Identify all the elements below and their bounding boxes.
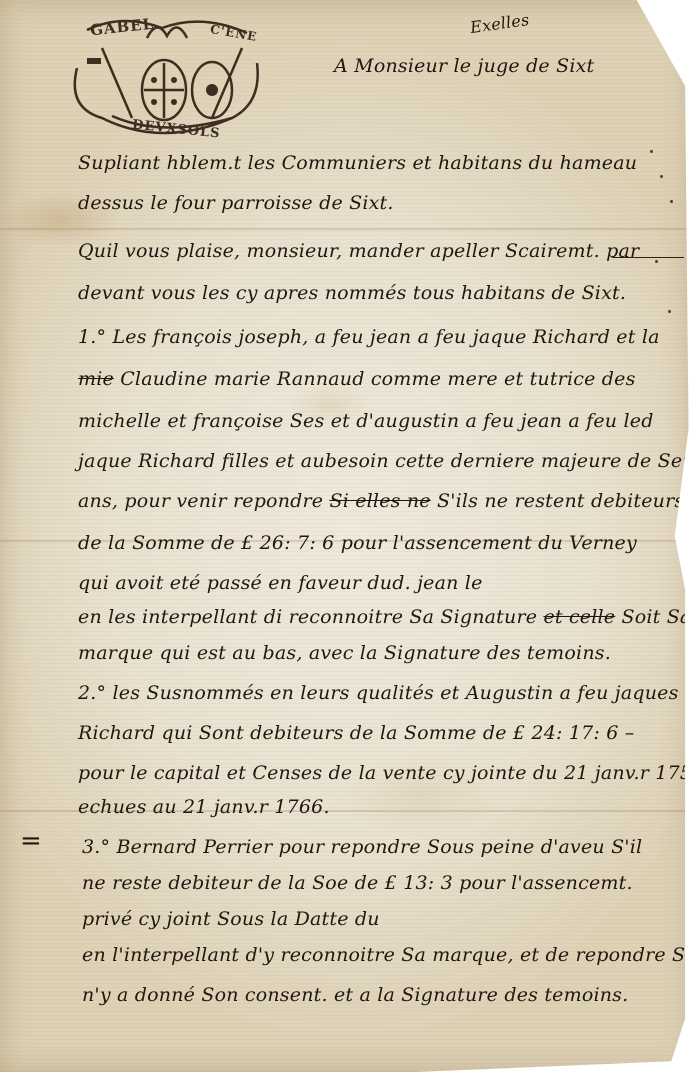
royal-crest-stamp-icon: GABEL C'ENE DEVXSOLS <box>62 8 272 146</box>
ink-spot <box>655 260 658 263</box>
text-line: en les interpellant di reconnoitre Sa Si… <box>78 606 691 628</box>
text-span: Claudine marie Rannaud comme mere et tut… <box>120 368 635 390</box>
text-line: qui avoit eté passé en faveur dud. jean … <box>78 572 483 594</box>
text-span: S'ils ne restent debiteurs <box>437 490 684 512</box>
text-line: ans, pour venir repondre Si elles ne S'i… <box>78 490 684 512</box>
text-line: dessus le four parroisse de Sixt. <box>78 192 394 214</box>
text-line: Supliant hblem.t les Communiers et habit… <box>78 152 637 174</box>
underline-rule <box>612 257 684 258</box>
text-line: Quil vous plaise, monsieur, mander apell… <box>78 240 639 262</box>
ink-spot <box>650 150 653 153</box>
text-span: en les interpellant di reconnoitre Sa Si… <box>78 606 537 628</box>
struck-text: mie <box>78 368 114 390</box>
text-line: jaque Richard filles et aubesoin cette d… <box>78 450 700 472</box>
struck-text: Si elles ne <box>329 490 430 512</box>
text-line: ne reste debiteur de la Soe de £ 13: 3 p… <box>82 872 633 894</box>
ink-spot <box>668 310 671 313</box>
text-line: 2.° les Susnommés en leurs qualités et A… <box>78 682 679 704</box>
text-line: 3.° Bernard Perrier pour repondre Sous p… <box>82 836 642 858</box>
text-line: Richard qui Sont debiteurs de la Somme d… <box>78 722 635 744</box>
text-span: ans, pour venir repondre <box>78 490 323 512</box>
margin-mark: = <box>20 826 42 856</box>
text-line: marque qui est au bas, avec la Signature… <box>78 642 611 664</box>
address-line: A Monsieur le juge de Sixt <box>334 55 594 77</box>
text-line: mie Claudine marie Rannaud comme mere et… <box>78 368 636 390</box>
text-line: 1.° Les françois joseph, a feu jean a fe… <box>78 326 660 348</box>
paper-fold <box>0 228 692 230</box>
text-span: Soit Sa <box>622 606 692 628</box>
docket-note: Exelles <box>469 10 531 37</box>
ink-spot <box>660 175 663 178</box>
text-line: en l'interpellant d'y reconnoitre Sa mar… <box>82 944 700 966</box>
struck-text: et celle <box>543 606 615 628</box>
text-line: de la Somme de £ 26: 7: 6 pour l'assence… <box>78 532 637 554</box>
text-line: devant vous les cy apres nommés tous hab… <box>78 282 626 304</box>
manuscript-page: GABEL C'ENE DEVXSOLS Exelles A Monsieur … <box>0 0 692 1072</box>
text-line: echues au 21 janv.r 1766. <box>78 796 330 818</box>
ink-spot <box>670 200 673 203</box>
text-line: n'y a donné Son consent. et a la Signatu… <box>82 984 628 1006</box>
text-line: michelle et françoise Ses et d'augustin … <box>78 410 654 432</box>
text-line: pour le capital et Censes de la vente cy… <box>78 762 700 784</box>
text-line: privé cy joint Sous la Datte du <box>82 908 380 930</box>
